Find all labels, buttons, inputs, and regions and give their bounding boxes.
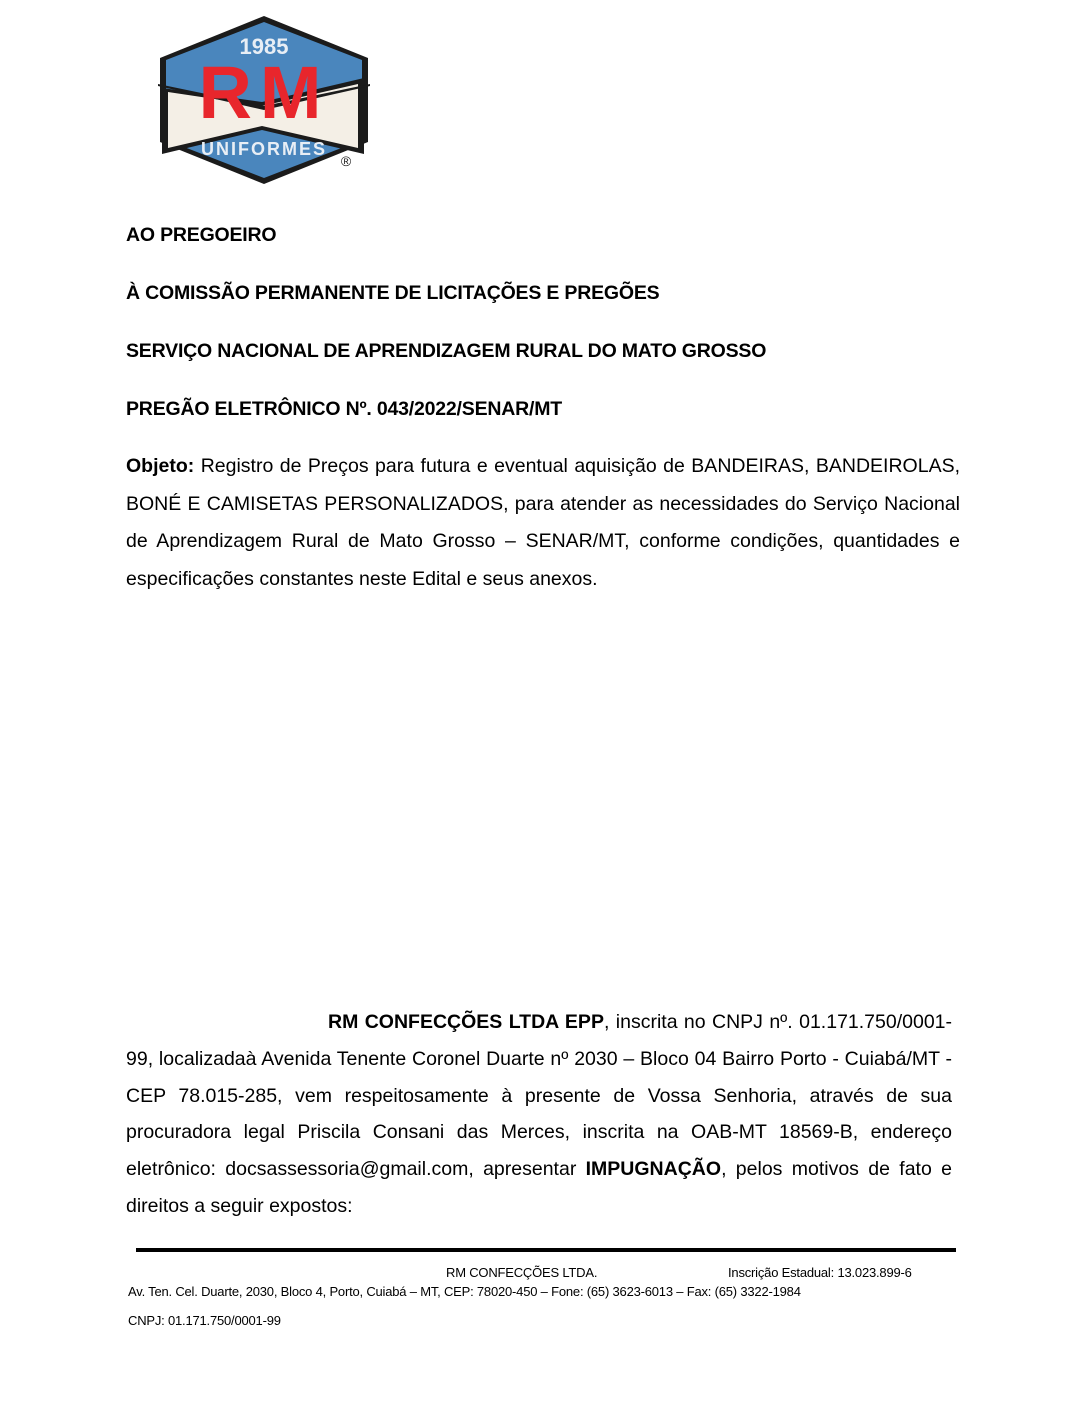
- heading-comissao: À COMISSÃO PERMANENTE DE LICITAÇÕES E PR…: [126, 282, 659, 305]
- intro-text-1: , inscrita no CNPJ nº. 01.171.750/0001-9…: [126, 1011, 952, 1180]
- footer-address: Av. Ten. Cel. Duarte, 2030, Bloco 4, Por…: [128, 1284, 801, 1299]
- heading-pregoeiro: AO PREGOEIRO: [126, 224, 276, 247]
- footer-inscricao: Inscrição Estadual: 13.023.899-6: [728, 1265, 912, 1280]
- rm-uniformes-logo: 1985 RM UNIFORMES ®: [158, 14, 370, 186]
- heading-senar: SERVIÇO NACIONAL DE APRENDIZAGEM RURAL D…: [126, 340, 766, 363]
- logo-graphic: 1985 RM UNIFORMES ®: [158, 14, 370, 186]
- logo-tagline: UNIFORMES: [201, 139, 327, 159]
- logo-initials: RM: [198, 51, 329, 134]
- footer-divider: [136, 1248, 956, 1252]
- registered-mark-icon: ®: [341, 153, 352, 169]
- footer-company: RM CONFECÇÕES LTDA.: [446, 1265, 597, 1280]
- objeto-label: Objeto:: [126, 455, 194, 477]
- footer-cnpj: CNPJ: 01.171.750/0001-99: [128, 1313, 281, 1328]
- intro-paragraph: RM CONFECÇÕES LTDA EPP, inscrita no CNPJ…: [126, 1004, 952, 1225]
- impugnacao-label: IMPUGNAÇÃO: [586, 1158, 721, 1180]
- company-name: RM CONFECÇÕES LTDA EPP: [328, 1011, 604, 1033]
- heading-pregao-numero: PREGÃO ELETRÔNICO Nº. 043/2022/SENAR/MT: [126, 398, 562, 421]
- objeto-paragraph: Objeto: Registro de Preços para futura e…: [126, 448, 960, 598]
- objeto-text: Registro de Preços para futura e eventua…: [126, 455, 960, 590]
